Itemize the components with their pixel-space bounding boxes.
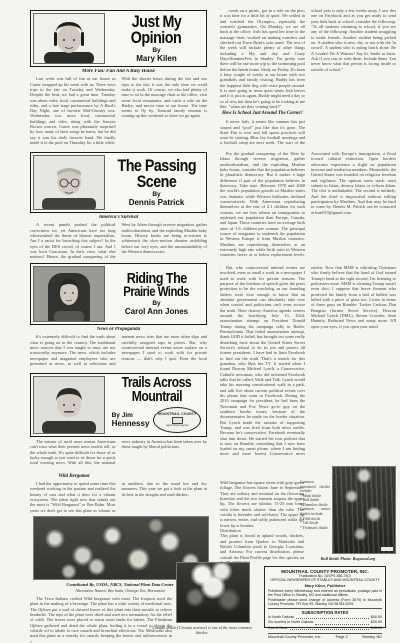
footer-publisher: Mountrail County Promoter, Inc. xyxy=(268,635,321,639)
continuation-passing-scene: For the gradual conquering of the West b… xyxy=(220,151,396,262)
bergamot-uses-paragraph: The Tewa Indians cooked Wild bergamot wi… xyxy=(30,596,172,642)
article-text: I had the opportunity to spend some time… xyxy=(30,481,207,514)
mountrail-county-logo: MOUNTRAIL COUNTY Agricultural Agency xyxy=(153,407,201,433)
county-outline-shape xyxy=(172,417,183,424)
article-text: The misuse of rural news means Americans… xyxy=(30,439,207,473)
masthead-passing-scene: The Passing Scene By Dennis Patrick xyxy=(30,152,207,213)
masthead-just-my-opinion: Just My Opinion By Mary Kilen xyxy=(30,10,207,67)
dot-leader xyxy=(296,618,369,619)
logo-text-bottom: Agricultural Agency xyxy=(166,424,189,427)
mary-kilen-headshot-photo xyxy=(33,13,105,64)
rate-price: $45.00 xyxy=(371,626,382,632)
article-text: Last week was full of fun at our house a… xyxy=(30,76,207,150)
publication-notice: Published every Wednesday and entered as… xyxy=(268,589,382,597)
article-just-my-opinion-body: More Fun: Fun And A Busy House Last week… xyxy=(30,69,207,150)
article-text: It's extremely difficult to find the tru… xyxy=(30,334,207,371)
publication-info-box: MOUNTRAIL COUNTY PROMOTER, INC. Publicat… xyxy=(264,566,386,628)
byline-by: By xyxy=(152,47,160,54)
continuation-text: But, why controversial internal events a… xyxy=(220,265,396,461)
official-newspaper-line: OFFICIAL NEWSPAPER OF STANLEY AND MOUNTR… xyxy=(268,578,382,582)
carol-ann-jones-headshot-photo xyxy=(33,266,105,322)
thistle-bullet-list: Common introduced thistles include: * Mu… xyxy=(300,480,330,558)
byline-by: By Jim xyxy=(112,412,150,419)
footer-city: Stanley, ND xyxy=(362,635,382,639)
dot-leader xyxy=(315,624,369,625)
thistle-facts-column: Wild bergamot has square stems with gray… xyxy=(220,480,304,562)
article-prairie-winds-body: News or Propaganda It's extremely diffic… xyxy=(30,327,207,371)
wild-bergamot-subhead: Wild Bergamot xyxy=(30,474,118,479)
article-subhead: News or Propaganda xyxy=(30,327,207,333)
canada-thistle-caption: Canada thistle (Cirsium arvense) is one … xyxy=(150,625,254,635)
continuation-just-my-opinion: ...week on a picnic, got in a ride on th… xyxy=(220,8,396,148)
article-passing-scene-body: America's Survival A recent pundit pushe… xyxy=(30,215,207,261)
article-text: The Tewa Indians cooked Wild bergamot wi… xyxy=(30,596,172,642)
masthead-prairie-winds: Riding The Prairie Winds By Carol Ann Jo… xyxy=(30,263,207,325)
continuation-text: ...week on a picnic, got in a ride on th… xyxy=(220,8,305,109)
continuation-text: For the gradual conquering of the West b… xyxy=(220,151,396,262)
postmaster-notice: Postmaster please send change of address… xyxy=(268,598,382,606)
masthead-trails-across-mountrail: Trails Across Mountrail By Jim Hennessy … xyxy=(30,373,207,437)
article-subhead: More Fun: Fun And A Busy House xyxy=(30,69,207,75)
dot-leader xyxy=(290,629,369,630)
article-subhead: America's Survival xyxy=(30,215,207,221)
article-text: A recent pundit pushed the political cor… xyxy=(30,222,207,261)
bull-thistle-caption: Bull thistle Photo: Bugwood.org xyxy=(300,556,396,561)
bull-thistle-photo xyxy=(332,466,396,554)
rate-label: Out of State xyxy=(268,626,288,632)
subscription-rates-heading: SUBSCRIPTION RATES xyxy=(268,608,382,615)
continuation-prairie-winds: But, why controversial internal events a… xyxy=(220,265,396,461)
canada-thistle-photo xyxy=(176,562,250,623)
byline-by: By xyxy=(152,191,160,198)
newspaper-page: Just My Opinion By Mary Kilen More Fun: … xyxy=(0,0,400,643)
author-name: Carol Ann Jones xyxy=(125,307,188,316)
author-name: Dennis Patrick xyxy=(129,198,185,207)
jim-hennessy-headshot-photo xyxy=(33,376,105,434)
footer-page-number: Page 2 xyxy=(336,635,348,639)
publisher-name: Mary Kilen, Publisher xyxy=(268,583,382,588)
inline-subhead-school: How Is School Just Around The Corner! xyxy=(220,111,305,117)
author-name: Hennessy xyxy=(112,419,150,428)
wild-bergamot-intro: I had the opportunity to spend some time… xyxy=(30,481,207,514)
article-trails-body: The misuse of rural news means Americans… xyxy=(30,439,207,473)
article-title-line2: Prairie Winds xyxy=(124,286,190,299)
logo-text-top: MOUNTRAIL COUNTY xyxy=(158,412,196,416)
byline-by: By xyxy=(152,300,160,307)
article-title-line2: Mountrail xyxy=(131,391,181,405)
article-title-line2: Opinion xyxy=(131,30,181,46)
dennis-patrick-headshot-photo xyxy=(33,155,105,210)
rate-row: Out of State $45.00 xyxy=(268,626,382,632)
author-name: Mary Kilen xyxy=(136,54,176,63)
article-title-line2: Scene xyxy=(137,174,177,190)
